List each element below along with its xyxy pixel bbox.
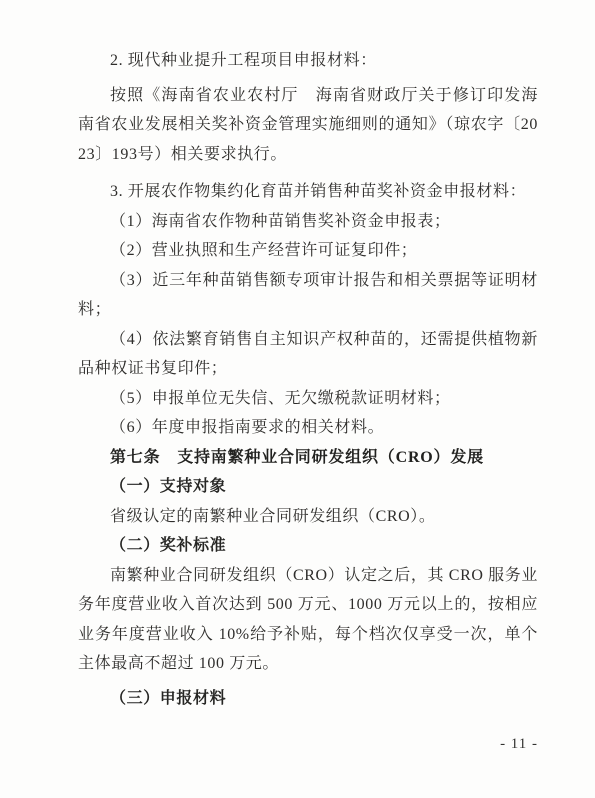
document-paragraph-list-item: （5）申报单位无失信、无欠缴税款证明材料； xyxy=(78,384,538,414)
document-paragraph-list-item: （2）营业执照和生产经营许可证复印件； xyxy=(78,236,538,266)
document-page: 2. 现代种业提升工程项目申报材料：按照《海南省农业农村厅 海南省财政厅关于修订… xyxy=(0,0,595,798)
document-body: 2. 现代种业提升工程项目申报材料：按照《海南省农业农村厅 海南省财政厅关于修订… xyxy=(78,46,538,713)
page-number: - 11 - xyxy=(500,735,538,753)
document-paragraph-body: 按照《海南省农业农村厅 海南省财政厅关于修订印发海南省农业发展相关奖补资金管理实… xyxy=(78,81,538,170)
document-paragraph-list-item: （6）年度申报指南要求的相关材料。 xyxy=(78,413,538,443)
document-paragraph-article-heading: 第七条 支持南繁种业合同研发组织（CRO）发展 xyxy=(78,443,538,473)
document-paragraph-body: 2. 现代种业提升工程项目申报材料： xyxy=(78,46,538,76)
document-paragraph-list-item: （1）海南省农作物种苗销售奖补资金申报表； xyxy=(78,207,538,237)
document-paragraph-list-item: （3）近三年种苗销售额专项审计报告和相关票据等证明材料； xyxy=(78,266,538,325)
document-paragraph-body: 南繁种业合同研发组织（CRO）认定之后，其 CRO 服务业务年度营业收入首次达到… xyxy=(78,561,538,679)
document-paragraph-item-heading: （一）支持对象 xyxy=(78,472,538,502)
document-paragraph-list-item: （4）依法繁育销售自主知识产权种苗的，还需提供植物新品种权证书复印件； xyxy=(78,325,538,384)
document-paragraph-body: 3. 开展农作物集约化育苗并销售种苗奖补资金申报材料： xyxy=(78,177,538,207)
document-paragraph-body: 省级认定的南繁种业合同研发组织（CRO）。 xyxy=(78,502,538,532)
document-paragraph-item-heading: （三）申报材料 xyxy=(78,684,538,714)
document-paragraph-item-heading: （二）奖补标准 xyxy=(78,531,538,561)
